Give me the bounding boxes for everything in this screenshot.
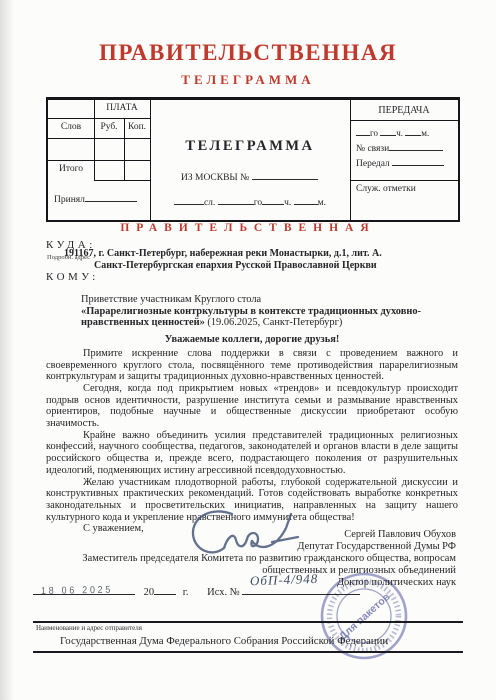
transmission-time-line: го ч. м. bbox=[356, 126, 429, 138]
year-suffix: г. bbox=[183, 587, 189, 598]
divider bbox=[150, 100, 151, 220]
accepted-field: Принял bbox=[54, 192, 137, 205]
link-number-label: № связи bbox=[356, 144, 389, 154]
blank-line bbox=[294, 195, 318, 205]
blank-line bbox=[174, 195, 204, 205]
divider bbox=[33, 621, 463, 623]
blank-line bbox=[389, 141, 443, 151]
outgoing-number-handwritten: ОбП-4/948 bbox=[250, 571, 319, 589]
sent-by-label: Передал bbox=[356, 159, 390, 169]
signer-name: Сергей Павлович Обухов bbox=[46, 529, 456, 541]
divider bbox=[48, 118, 150, 119]
accepted-label: Принял bbox=[54, 195, 85, 205]
blank-line bbox=[252, 170, 318, 180]
paragraph: Крайне важно объединить усилия представи… bbox=[46, 430, 458, 477]
blank-line bbox=[262, 195, 284, 205]
year-prefix: 20 bbox=[144, 587, 155, 598]
form-telegram-title: ТЕЛЕГРАММА bbox=[150, 138, 350, 155]
telegram-form-table: ПЛАТА Слов Руб. Коп. Итого Принял ТЕЛЕГР… bbox=[46, 97, 460, 222]
rub-label: Руб. bbox=[94, 122, 124, 132]
greeting-subject-suffix: (19.06.2025, Санкт-Петербург) bbox=[205, 317, 343, 328]
words-label: Слов bbox=[48, 122, 94, 132]
blank-line bbox=[380, 126, 396, 136]
service-time-line: сл. гоч. м. bbox=[154, 195, 346, 208]
go-label: го bbox=[370, 128, 378, 138]
blank-line bbox=[154, 585, 176, 595]
divider bbox=[350, 100, 351, 220]
document-title: ПРАВИТЕЛЬСТВЕННАЯ bbox=[0, 40, 496, 66]
blank-line bbox=[356, 126, 370, 136]
kop-label: Коп. bbox=[124, 122, 150, 132]
classification-line: ПРАВИТЕЛЬСТВЕННАЯ bbox=[0, 222, 496, 234]
divider bbox=[48, 138, 150, 139]
outgoing-label: Исх. № bbox=[207, 587, 240, 598]
greeting-line: Приветствие участникам Круглого стола bbox=[81, 294, 458, 306]
paragraph: Сегодня, когда под прикрытием новых «тре… bbox=[46, 383, 458, 430]
divider bbox=[94, 180, 150, 181]
ch-label: ч. bbox=[284, 198, 291, 208]
divider bbox=[48, 160, 150, 161]
signer-title-1: Депутат Государственной Думы РФ bbox=[46, 541, 456, 553]
round-seal-stamp: Для пакетов bbox=[319, 571, 409, 661]
blank-line bbox=[85, 192, 137, 202]
sender-name: Государственная Дума Федерального Собран… bbox=[60, 635, 388, 647]
greeting-subject: «Парарелигиозные контркультуры в контекс… bbox=[81, 306, 458, 329]
divider bbox=[33, 651, 463, 653]
sl-label: сл. bbox=[204, 198, 215, 208]
registration-row: 18 06 2025 20 г. Исх. № ОбП-4/948 bbox=[33, 585, 360, 598]
paragraph: Примите искренние слова поддержки в связ… bbox=[46, 348, 458, 383]
link-number-field: № связи bbox=[356, 141, 443, 154]
blank-line bbox=[392, 156, 444, 166]
whom-label: КОМУ: bbox=[46, 271, 99, 283]
blank-line bbox=[218, 195, 254, 205]
document-subtitle: ТЕЛЕГРАММА bbox=[0, 72, 496, 88]
from-moscow-label: ИЗ МОСКВЫ № bbox=[181, 173, 249, 183]
go-label: го bbox=[254, 198, 262, 208]
address-line-2: Санкт-Петербургская епархия Русской Прав… bbox=[94, 260, 377, 271]
greeting-block: Приветствие участникам Круглого стола «П… bbox=[81, 294, 458, 329]
letter-body: Приветствие участникам Круглого стола «П… bbox=[46, 294, 458, 535]
address-line-1: 191167, г. Санкт-Петербург, набережная р… bbox=[64, 248, 382, 259]
m-label: м. bbox=[318, 198, 326, 208]
blank-line bbox=[405, 126, 421, 136]
total-label: Итого bbox=[48, 164, 94, 174]
sender-label: Наименование и адрес отправителя bbox=[36, 624, 142, 632]
m-label: м. bbox=[421, 128, 429, 138]
date-stamp: 18 06 2025 bbox=[41, 585, 113, 597]
scan-edge-shadow bbox=[0, 0, 14, 700]
salutation: Уважаемые коллеги, дорогие друзья! bbox=[46, 334, 458, 346]
from-moscow-field: ИЗ МОСКВЫ № bbox=[181, 170, 318, 183]
service-notes-label: Служ. отметки bbox=[356, 184, 416, 194]
divider bbox=[350, 120, 458, 121]
telegram-document: ПРАВИТЕЛЬСТВЕННАЯ ТЕЛЕГРАММА ПЛАТА Слов … bbox=[0, 0, 496, 700]
ch-label: ч. bbox=[396, 128, 403, 138]
transmission-header: ПЕРЕДАЧА bbox=[350, 105, 458, 116]
sent-by-field: Передал bbox=[356, 156, 444, 169]
payment-header: ПЛАТА bbox=[94, 103, 150, 113]
divider bbox=[350, 180, 458, 181]
